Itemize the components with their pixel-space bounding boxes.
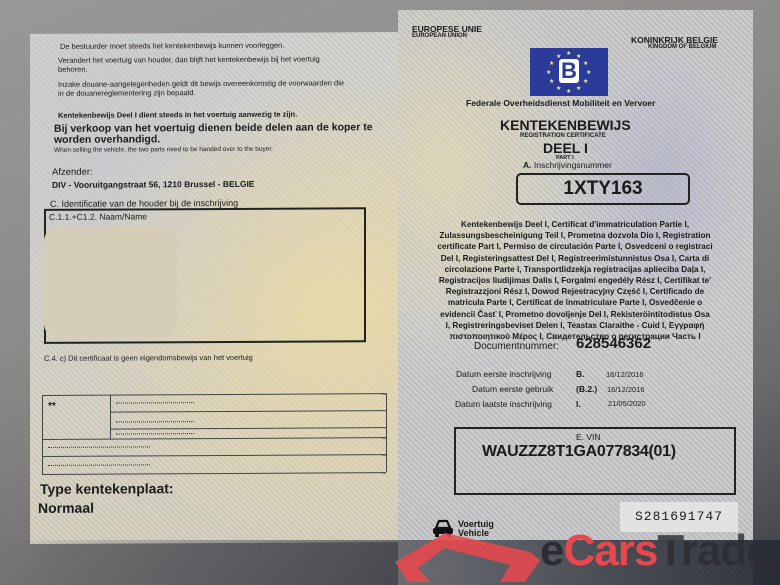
country-code: B: [559, 59, 579, 83]
sender-label: Afzender:: [52, 167, 93, 178]
address-grid: **: [30, 32, 415, 34]
note-line: Verandert het voertuig van houder, dan b…: [58, 54, 320, 64]
registration-label-prefix: A.: [523, 160, 532, 170]
multilingual-line: I, Registreringsbeviset Delen I, Teastas…: [410, 320, 740, 331]
ecarstrade-logo-icon: [390, 530, 550, 585]
registration-right-page: EUROPESE UNIE EUROPEAN UNION KONINKRIJK …: [398, 10, 753, 585]
presence-note: Kentekenbewijs Deel I dient steeds in he…: [58, 110, 297, 120]
vin-box: E. VIN WAUZZZ8T1GA077834(01): [454, 427, 736, 495]
multilingual-title-list: Kentekenbewijs Deel I, Certificat d'imma…: [410, 219, 740, 342]
registration-number: 1XTY163: [516, 173, 690, 205]
multilingual-line: matricula Parte I, Certificat de înmatri…: [410, 297, 740, 308]
ecarstrade-wordmark: eCarsTrade: [540, 526, 770, 576]
redacted-owner-name: [44, 226, 177, 338]
authority: Federale Overheidsdienst Mobiliteit en V…: [466, 98, 655, 108]
date-first-use-value: 16/12/2016: [607, 385, 645, 394]
vin-label: E. VIN: [576, 432, 601, 442]
registration-label: Inschrijvingsnummer: [534, 160, 612, 170]
date-first-registration-value: 16/12/2016: [606, 370, 644, 379]
ownership-note: C.4. c) Dit certificaat is geen eigendom…: [44, 353, 253, 363]
multilingual-line: evidencii Časť I, Prometno dovoljenje De…: [410, 309, 740, 320]
note-line: in de douanereglementering zijn bepaald.: [58, 88, 196, 98]
brand-prefix: e: [540, 526, 563, 575]
date-last-registration-code: I.: [576, 399, 581, 409]
sale-note: worden overhandigd.: [54, 133, 160, 146]
brand-suffix: Trade: [657, 526, 769, 575]
multilingual-line: Del I, Registeringsattest Del I, Registr…: [410, 253, 740, 264]
plate-type-label: Type kentekenplaat:: [40, 480, 174, 497]
date-first-use-label: Datum eerste gebruik: [472, 384, 553, 394]
plate-type-value: Normaal: [38, 500, 94, 516]
note-line: behoren.: [58, 65, 88, 74]
multilingual-line: πιστοποιητικού Μέρος I, Свидетельство о …: [410, 331, 740, 342]
part-label: DEEL I: [543, 140, 588, 156]
document-title-en: REGISTRATION CERTIFICATE: [520, 133, 606, 139]
multilingual-line: circolazione Parte I, Transportlidzekja …: [410, 264, 740, 275]
multilingual-line: Registrazzjoni Rész I, Dowod Rejestracyj…: [410, 286, 740, 297]
eu-label-en: EUROPEAN UNION: [412, 33, 467, 39]
multilingual-line: Kentekenbewijs Deel I, Certificat d'imma…: [410, 219, 740, 230]
stars-marker: **: [48, 401, 56, 412]
note-line: Inzake douane-aangelegenheden geldt dit …: [58, 78, 344, 88]
date-first-registration-label: Datum eerste inschrijving: [456, 369, 551, 379]
brand-tagline: ... efficient & easy: [660, 571, 731, 581]
multilingual-line: Zulassungsbescheinigung Teil I, Prometna…: [410, 230, 740, 241]
date-first-use-code: (B.2.): [576, 384, 597, 394]
sender-address: DIV - Vooruitgangstraat 56, 1210 Brussel…: [52, 179, 254, 190]
brand-red: Cars: [563, 526, 657, 575]
date-first-registration-code: B.: [576, 369, 585, 379]
document-number-label: Documentnummer:: [474, 341, 559, 352]
note-line: De bestuurder moet steeds het kentekenbe…: [60, 41, 284, 51]
date-last-registration-value: 21/05/2020: [608, 399, 646, 408]
registration-left-page: De bestuurder moet steeds het kentekenbe…: [30, 32, 415, 544]
sale-note-en: When selling the vehicle, the two parts …: [54, 146, 273, 154]
date-last-registration-label: Datum laatste inschrijving: [455, 399, 552, 409]
document-title: KENTEKENBEWIJS: [500, 117, 631, 133]
multilingual-line: certificate Part I, Permiso de circulaci…: [410, 241, 740, 252]
vin-value: WAUZZZ8T1GA077834(01): [482, 443, 676, 461]
multilingual-line: Registracijos liudijimas Dalis I, Forgal…: [410, 275, 740, 286]
eu-flag-icon: B ★ ★ ★ ★ ★ ★ ★ ★ ★ ★ ★ ★: [530, 48, 608, 96]
holder-field-label: C.1.1.+C1.2. Naam/Name: [49, 211, 147, 222]
ecarstrade-watermark: eCarsTrade ... efficient & easy: [390, 530, 780, 585]
country-label-en: KINGDOM OF BELGIUM: [648, 44, 716, 50]
document-number: 628546362: [576, 335, 651, 352]
